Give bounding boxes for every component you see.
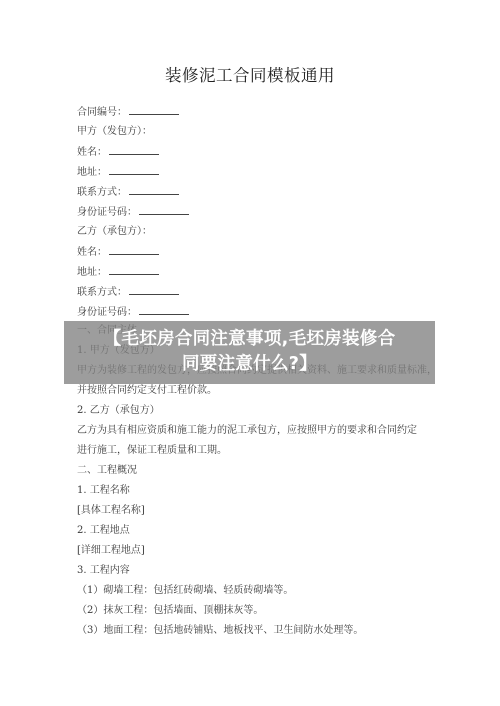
- line-text: 联系方式：: [77, 187, 127, 198]
- line-text: 甲方（发包方）：: [77, 126, 152, 137]
- line-text: （3）地面工程：包括地砖铺贴、地板找平、卫生间防水处理等。: [77, 625, 363, 636]
- document-line: 并按照合同约定支付工程价款。: [77, 384, 217, 398]
- document-line: 3. 工程内容: [77, 564, 130, 578]
- document-line: 二、工程概况: [77, 464, 137, 478]
- document-line: 姓名：: [77, 145, 159, 160]
- fill-in-blank: [109, 265, 159, 275]
- line-text: 进行施工，保证工程质量和工期。: [77, 445, 227, 456]
- line-text: （2）抹灰工程：包括墙面、顶棚抹灰等。: [77, 605, 263, 616]
- line-text: 乙方为具有相应资质和施工能力的泥工承包方，应按照甲方的要求和合同约定: [77, 425, 417, 436]
- document-title: 装修泥工合同模板通用: [0, 62, 500, 86]
- document-page: 装修泥工合同模板通用 合同编号：甲方（发包方）：姓名：地址：联系方式：身份证号码…: [0, 0, 500, 706]
- fill-in-blank: [109, 165, 159, 175]
- document-line: [具体工程名称]: [77, 504, 145, 518]
- line-text: 地址：: [77, 167, 107, 178]
- line-text: 并按照合同约定支付工程价款。: [77, 385, 217, 396]
- fill-in-blank: [109, 145, 159, 155]
- document-line: （2）抹灰工程：包括墙面、顶棚抹灰等。: [77, 604, 263, 618]
- line-text: 乙方（承包方）：: [77, 226, 152, 237]
- document-line: 地址：: [77, 165, 159, 180]
- document-line: 2. 乙方（承包方）: [77, 404, 160, 418]
- line-text: 身份证号码：: [77, 307, 137, 318]
- line-text: 地址：: [77, 267, 107, 278]
- fill-in-blank: [139, 205, 189, 215]
- line-text: 3. 工程内容: [77, 565, 130, 576]
- caption-overlay: 【毛坯房合同注意事项,毛坯房装修合 同要注意什么?】: [64, 321, 435, 384]
- line-text: 二、工程概况: [77, 465, 137, 476]
- line-text: 姓名：: [77, 147, 107, 158]
- document-line: 地址：: [77, 265, 159, 280]
- line-text: 姓名：: [77, 247, 107, 258]
- document-line: 乙方为具有相应资质和施工能力的泥工承包方，应按照甲方的要求和合同约定: [77, 424, 417, 438]
- document-line: 联系方式：: [77, 185, 179, 200]
- caption-line-2: 同要注意什么?】: [64, 352, 435, 377]
- document-line: 2. 工程地点: [77, 524, 130, 538]
- fill-in-blank: [139, 305, 189, 315]
- document-line: 姓名：: [77, 245, 159, 260]
- line-text: 身份证号码：: [77, 207, 137, 218]
- document-line: 联系方式：: [77, 285, 179, 300]
- document-line: 身份证号码：: [77, 305, 189, 320]
- document-line: （3）地面工程：包括地砖铺贴、地板找平、卫生间防水处理等。: [77, 624, 363, 638]
- line-text: [详细工程地点]: [77, 545, 145, 556]
- line-text: 合同编号：: [77, 107, 127, 118]
- line-text: （1）砌墙工程：包括红砖砌墙、轻质砖砌墙等。: [77, 585, 293, 596]
- fill-in-blank: [129, 185, 179, 195]
- fill-in-blank: [109, 245, 159, 255]
- document-line: 1. 工程名称: [77, 484, 130, 498]
- document-line: 进行施工，保证工程质量和工期。: [77, 444, 227, 458]
- line-text: 1. 工程名称: [77, 485, 130, 496]
- document-line: [详细工程地点]: [77, 544, 145, 558]
- caption-line-1: 【毛坯房合同注意事项,毛坯房装修合: [64, 327, 435, 352]
- document-line: 乙方（承包方）：: [77, 225, 152, 239]
- document-line: 甲方（发包方）：: [77, 125, 152, 139]
- document-line: （1）砌墙工程：包括红砖砌墙、轻质砖砌墙等。: [77, 584, 293, 598]
- line-text: 2. 乙方（承包方）: [77, 405, 160, 416]
- document-line: 身份证号码：: [77, 205, 189, 220]
- document-line: 合同编号：: [77, 105, 179, 120]
- line-text: 2. 工程地点: [77, 525, 130, 536]
- fill-in-blank: [129, 105, 179, 115]
- line-text: [具体工程名称]: [77, 505, 145, 516]
- line-text: 联系方式：: [77, 287, 127, 298]
- fill-in-blank: [129, 285, 179, 295]
